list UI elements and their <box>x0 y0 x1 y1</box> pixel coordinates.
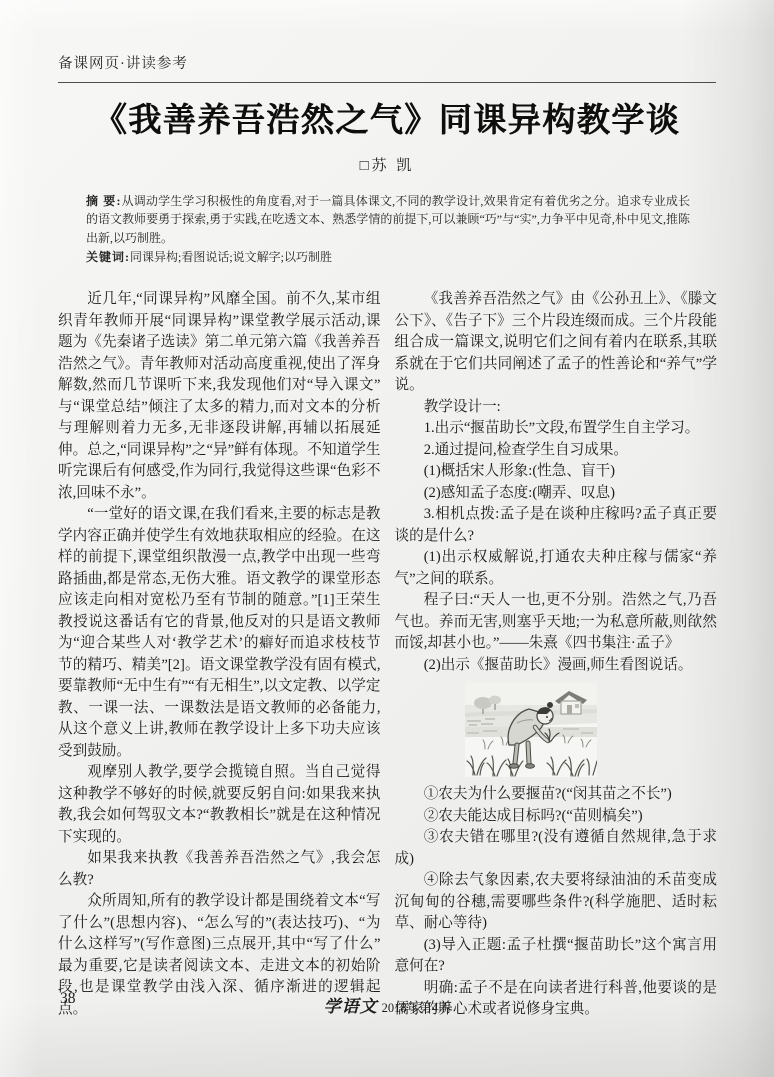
article-body: 近几年,“同课异构”风靡全国。前不久,某市组织青年教师开展“同课异构”课堂教学展… <box>58 289 717 1021</box>
right-column: 《我善养吾浩然之气》由《公孙丑上》、《滕文公下》、《告子下》三个片段连缀而成。三… <box>395 289 718 1021</box>
paragraph: 近几年,“同课异构”风靡全国。前不久,某市组织青年教师开展“同课异构”课堂教学展… <box>58 289 381 504</box>
journal-name: 学语文 <box>324 997 378 1016</box>
paragraph: ③农夫错在哪里?(没有遵循自然规律,急于求成) <box>395 827 718 870</box>
paragraph: “一堂好的语文课,在我们看来,主要的标志是教学内容正确并使学生有效地获取相应的经… <box>58 504 381 762</box>
paragraph: (2)感知孟子态度:(嘲弄、叹息) <box>395 483 718 505</box>
paragraph: 如果我来执教《我善养吾浩然之气》,我会怎么教? <box>58 848 381 891</box>
abstract-text: 从调动学生学习积极性的角度看,对于一篇具体课文,不同的教学设计,效果肯定有着优劣… <box>86 194 690 245</box>
paragraph: 程子曰:“天人一也,更不分别。浩然之气,乃吾气也。养而无害,则塞乎天地;一为私意… <box>395 590 718 655</box>
paragraph: (1)概括宋人形象:(性急、盲干) <box>395 461 718 483</box>
paragraph: 教学设计一: <box>395 397 718 419</box>
journal-footer: 学语文2018年第4期 <box>0 992 774 1017</box>
author-name: □苏 凯 <box>0 154 774 175</box>
header-rule <box>58 82 716 83</box>
yamiaozhuzhang-cartoon-illustration <box>465 683 597 777</box>
left-column: 近几年,“同课异构”风靡全国。前不久,某市组织青年教师开展“同课异构”课堂教学展… <box>58 289 381 1021</box>
paragraph: 1.出示“揠苗助长”文段,布置学生自主学习。 <box>395 418 718 440</box>
journal-page: 备课网页·讲读参考 《我善养吾浩然之气》同课异构教学谈 □苏 凯 摘 要:从调动… <box>0 0 774 1077</box>
paragraph: ②农夫能达成目标吗?(“苗则槁矣”) <box>395 806 718 828</box>
journal-issue: 2018年第4期 <box>382 1001 451 1015</box>
farmer-pulling-seedlings-drawing <box>465 683 597 777</box>
section-label: 备课网页·讲读参考 <box>58 52 716 73</box>
paragraph: 3.相机点拨:孟子是在谈种庄稼吗?孟子真正要谈的是什么? <box>395 504 718 547</box>
paragraph: 2.通过提问,检查学生自习成果。 <box>395 440 718 462</box>
paragraph: (2)出示《揠苗助长》漫画,师生看图说话。 <box>395 655 718 677</box>
paragraph: 观摩别人教学,要学会揽镜自照。当自己觉得这种教学不够好的时候,就要反躬自问:如果… <box>58 762 381 848</box>
abstract-block: 摘 要:从调动学生学习积极性的角度看,对于一篇具体课文,不同的教学设计,效果肯定… <box>86 192 690 267</box>
keywords-text: 同课异构;看图说话;说文解字;以巧制胜 <box>130 250 332 264</box>
abstract-label: 摘 要: <box>86 194 121 208</box>
paragraph: ①农夫为什么要揠苗?(“闵其苗之不长”) <box>395 784 718 806</box>
paragraph: (1)出示权威解说,打通农夫种庄稼与儒家“养气”之间的联系。 <box>395 547 718 590</box>
article-title: 《我善养吾浩然之气》同课异构教学谈 <box>40 103 734 141</box>
paragraph: ④除去气象因素,农夫要将绿油油的禾苗变成沉甸甸的谷穗,需要哪些条件?(科学施肥、… <box>395 870 718 935</box>
paragraph: (3)导入正题:孟子杜撰“揠苗助长”这个寓言用意何在? <box>395 935 718 978</box>
keywords-label: 关键词: <box>86 250 130 264</box>
paragraph: 《我善养吾浩然之气》由《公孙丑上》、《滕文公下》、《告子下》三个片段连缀而成。三… <box>395 289 718 397</box>
